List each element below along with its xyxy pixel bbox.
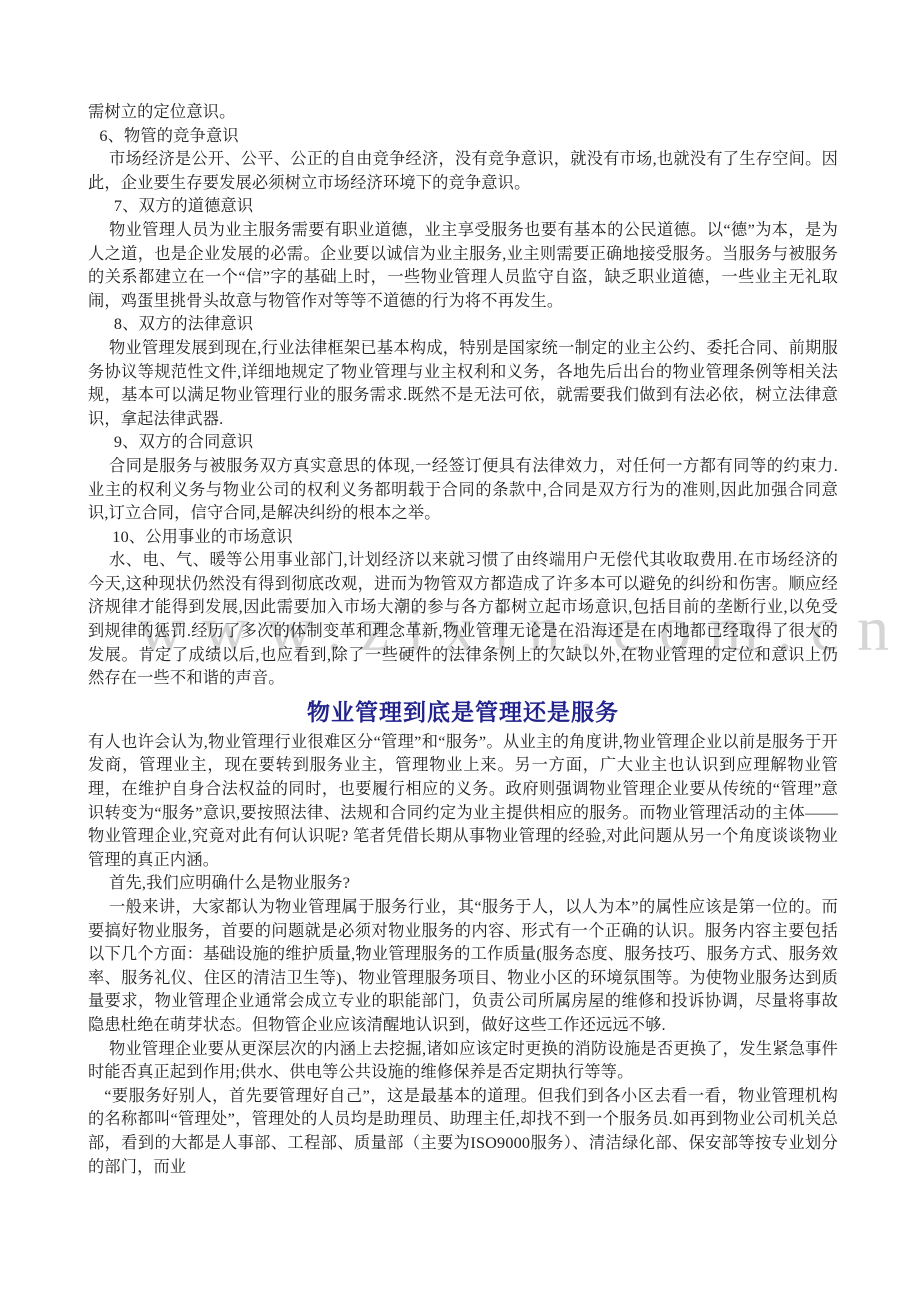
section-heading: 物业管理到底是管理还是服务 <box>88 696 838 730</box>
paragraph: 8、双方的法律意识 <box>88 313 838 337</box>
paragraph: 物业管理企业要从更深层次的内涵上去挖掘,诸如应该定时更换的消防设施是否更换了，发… <box>88 1038 838 1085</box>
paragraph: 有人也许会认为,物业管理行业很难区分“管理”和“服务”。从业主的角度讲,物业管理… <box>88 731 838 873</box>
paragraph: 需树立的定位意识。 <box>88 101 838 125</box>
paragraph: 一般来讲，大家都认为物业管理属于服务行业，其“服务于人，以人为本”的属性应该是第… <box>88 896 838 1038</box>
section-pre-heading: 需树立的定位意识。6、物管的竞争意识市场经济是公开、公平、公正的自由竞争经济，没… <box>88 101 838 691</box>
paragraph: 10、公用事业的市场意识 <box>88 526 838 550</box>
paragraph: 首先,我们应明确什么是物业服务? <box>88 872 838 896</box>
section-post-heading: 有人也许会认为,物业管理行业很难区分“管理”和“服务”。从业主的角度讲,物业管理… <box>88 731 838 1179</box>
paragraph: “要服务好别人，首先要管理好自己”，这是最基本的道理。但我们到各小区去看一看，物… <box>88 1085 838 1179</box>
paragraph: 7、双方的道德意识 <box>88 195 838 219</box>
paragraph: 物业管理人员为业主服务需要有职业道德，业主享受服务也要有基本的公民道德。以“德”… <box>88 219 838 313</box>
paragraph: 水、电、气、暖等公用事业部门,计划经济以来就习惯了由终端用户无偿代其收取费用.在… <box>88 549 838 691</box>
paragraph: 6、物管的竞争意识 <box>88 125 838 149</box>
document-page: www.zixin.com.cn 需树立的定位意识。6、物管的竞争意识市场经济是… <box>0 0 920 1302</box>
paragraph: 合同是服务与被服务双方真实意思的体现,一经签订便具有法律效力，对任何一方都有同等… <box>88 455 838 526</box>
paragraph: 物业管理发展到现在,行业法律框架已基本构成，特别是国家统一制定的业主公约、委托合… <box>88 337 838 431</box>
paragraph: 市场经济是公开、公平、公正的自由竞争经济，没有竞争意识，就没有市场,也就没有了生… <box>88 148 838 195</box>
paragraph: 9、双方的合同意识 <box>88 431 838 455</box>
document-content: 需树立的定位意识。6、物管的竞争意识市场经济是公开、公平、公正的自由竞争经济，没… <box>88 101 838 1179</box>
